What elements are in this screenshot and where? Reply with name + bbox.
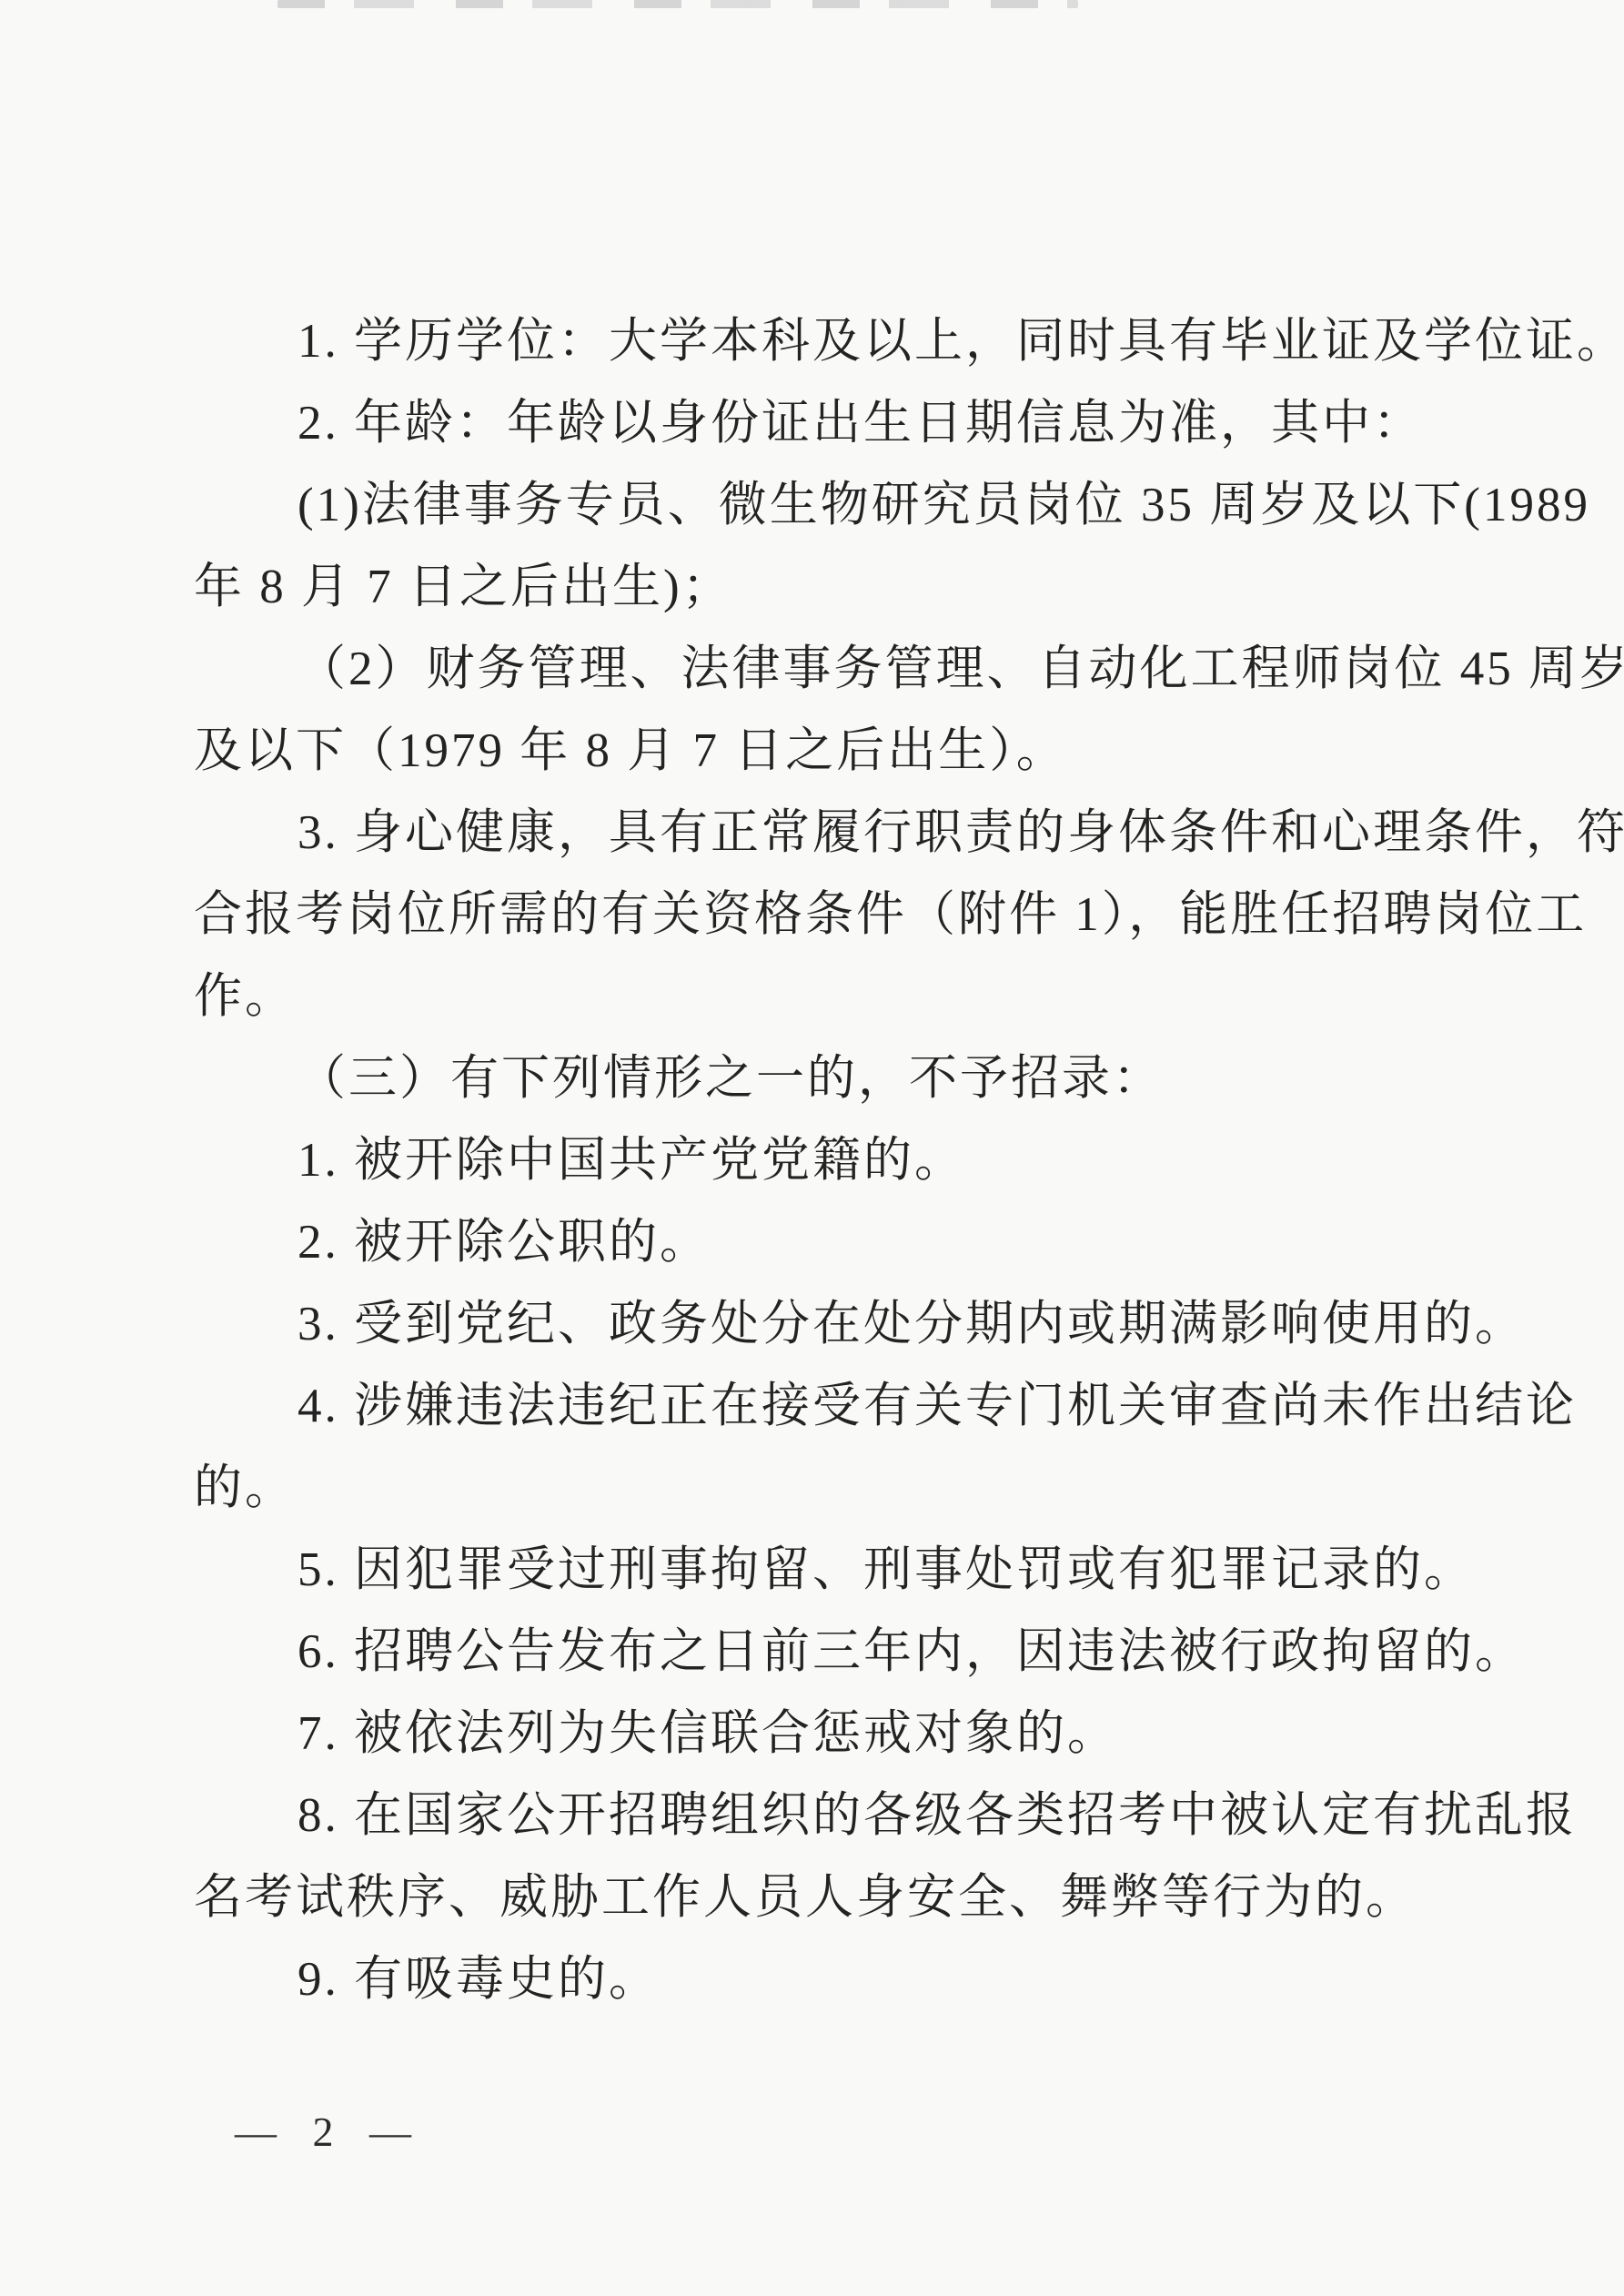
- doc-line: （三）有下列情形之一的，不予招录：: [194, 1037, 1490, 1119]
- doc-line: （2）财务管理、法律事务管理、自动化工程师岗位 45 周岁: [194, 628, 1490, 710]
- page-top-scan-artifact: [277, 0, 1078, 8]
- doc-line: 3. 受到党纪、政务处分在处分期内或期满影响使用的。: [194, 1283, 1490, 1365]
- doc-line: 及以下（1979 年 8 月 7 日之后出生）。: [194, 710, 1490, 792]
- doc-line: 4. 涉嫌违法违纪正在接受有关专门机关审查尚未作出结论: [194, 1365, 1490, 1447]
- doc-line: 8. 在国家公开招聘组织的各级各类招考中被认定有扰乱报: [194, 1775, 1490, 1856]
- doc-line: 的。: [194, 1447, 1490, 1529]
- doc-line: 2. 被开除公职的。: [194, 1201, 1490, 1283]
- scanned-document-page: 1. 学历学位：大学本科及以上，同时具有毕业证及学位证。 2. 年龄：年龄以身份…: [0, 0, 1624, 2296]
- doc-line: 1. 学历学位：大学本科及以上，同时具有毕业证及学位证。: [194, 300, 1490, 382]
- doc-line: 名考试秩序、威胁工作人员人身安全、舞弊等行为的。: [194, 1856, 1490, 1938]
- page-number: — 2 —: [235, 2100, 424, 2164]
- doc-line: 6. 招聘公告发布之日前三年内，因违法被行政拘留的。: [194, 1611, 1490, 1693]
- doc-line: 9. 有吸毒史的。: [194, 1938, 1490, 2020]
- doc-line: 作。: [194, 956, 1490, 1037]
- document-body: 1. 学历学位：大学本科及以上，同时具有毕业证及学位证。 2. 年龄：年龄以身份…: [194, 300, 1490, 2020]
- doc-line: 3. 身心健康，具有正常履行职责的身体条件和心理条件，符: [194, 792, 1490, 874]
- doc-line: (1)法律事务专员、微生物研究员岗位 35 周岁及以下(1989: [194, 464, 1490, 546]
- doc-line: 2. 年龄：年龄以身份证出生日期信息为准，其中：: [194, 382, 1490, 464]
- doc-line: 合报考岗位所需的有关资格条件（附件 1），能胜任招聘岗位工: [194, 874, 1490, 956]
- doc-line: 1. 被开除中国共产党党籍的。: [194, 1119, 1490, 1201]
- doc-line: 7. 被依法列为失信联合惩戒对象的。: [194, 1693, 1490, 1775]
- doc-line: 年 8 月 7 日之后出生)；: [194, 546, 1490, 628]
- doc-line: 5. 因犯罪受过刑事拘留、刑事处罚或有犯罪记录的。: [194, 1529, 1490, 1611]
